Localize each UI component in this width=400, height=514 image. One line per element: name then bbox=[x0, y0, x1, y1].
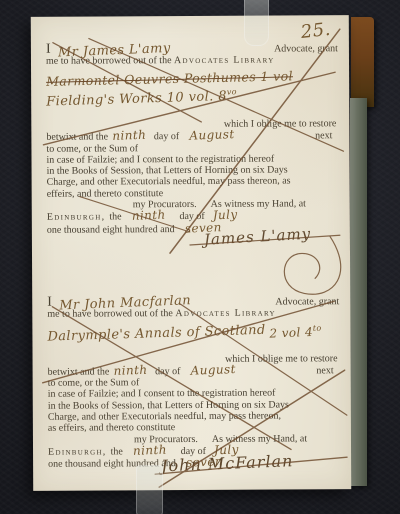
register-page: 25. I Mr James L'amy Advocate, grant me … bbox=[31, 15, 351, 491]
printed-i: I bbox=[46, 44, 51, 55]
day-of-label: day of bbox=[154, 131, 179, 142]
entry1-header-line: I Mr James L'amy Advocate, grant bbox=[46, 42, 338, 56]
book-title: Dalrymple's Annals of Scotland bbox=[47, 322, 266, 344]
signed-day: ninth bbox=[131, 210, 165, 223]
next-label: next bbox=[315, 130, 332, 141]
book-format-superscript: to bbox=[313, 323, 322, 332]
book-volume: 2 vol 4to bbox=[269, 323, 330, 340]
printed-i: I bbox=[47, 297, 52, 308]
signed-day: ninth bbox=[133, 445, 167, 458]
mylar-strap-bottom bbox=[136, 465, 163, 514]
mylar-strap-top bbox=[244, 0, 269, 46]
book-title-text: Fielding's Works 10 vol. 8 bbox=[46, 89, 227, 110]
book-cover-corner bbox=[351, 17, 374, 107]
due-month: August bbox=[189, 129, 235, 142]
betwixt-prefix: betwixt and the bbox=[46, 132, 108, 144]
betwixt-prefix: betwixt and the bbox=[48, 366, 110, 378]
procurators-line: my Procurators. As witness my Hand, at bbox=[48, 433, 340, 446]
procurators-line: my Procurators. As witness my Hand, at bbox=[47, 198, 339, 211]
borrow-entry-2: I Mr John Macfarlan Advocate, grant me t… bbox=[47, 295, 340, 470]
library-name: Advocates Library bbox=[174, 55, 275, 67]
the-label: the bbox=[111, 446, 123, 457]
the-label: the bbox=[109, 212, 121, 223]
entry2-header-line: I Mr John Macfarlan Advocate, grant bbox=[47, 295, 339, 309]
advocate-grant-label: Advocate, grant bbox=[275, 296, 339, 308]
book-fore-edge bbox=[350, 98, 367, 486]
book-format-superscript: vo bbox=[227, 87, 237, 96]
day-of-label: day of bbox=[155, 366, 180, 377]
edinburgh-label: Edinburgh, bbox=[48, 446, 107, 458]
due-month: August bbox=[190, 364, 236, 377]
signature: John McFarlan bbox=[161, 451, 294, 475]
due-day: ninth bbox=[113, 365, 147, 378]
book-title: Fielding's Works 10 vol. 8vo bbox=[46, 87, 237, 109]
due-day: ninth bbox=[112, 130, 146, 143]
photo-background: 25. I Mr James L'amy Advocate, grant me … bbox=[0, 0, 400, 514]
folio-number: 25. bbox=[300, 19, 332, 43]
library-name: Advocates Library bbox=[175, 308, 276, 320]
edinburgh-label: Edinburgh, bbox=[47, 212, 106, 224]
advocate-grant-label: Advocate, grant bbox=[274, 43, 338, 55]
next-label: next bbox=[316, 365, 333, 376]
year-prefix: one thousand eight hundred and bbox=[47, 224, 175, 236]
book-volume-text: 2 vol 4 bbox=[269, 324, 313, 340]
cancelled-book-title: Marmontel Oeuvres Posthumes 1 vol bbox=[46, 68, 293, 89]
borrow-entry-1: I Mr James L'amy Advocate, grant me to h… bbox=[46, 42, 339, 235]
